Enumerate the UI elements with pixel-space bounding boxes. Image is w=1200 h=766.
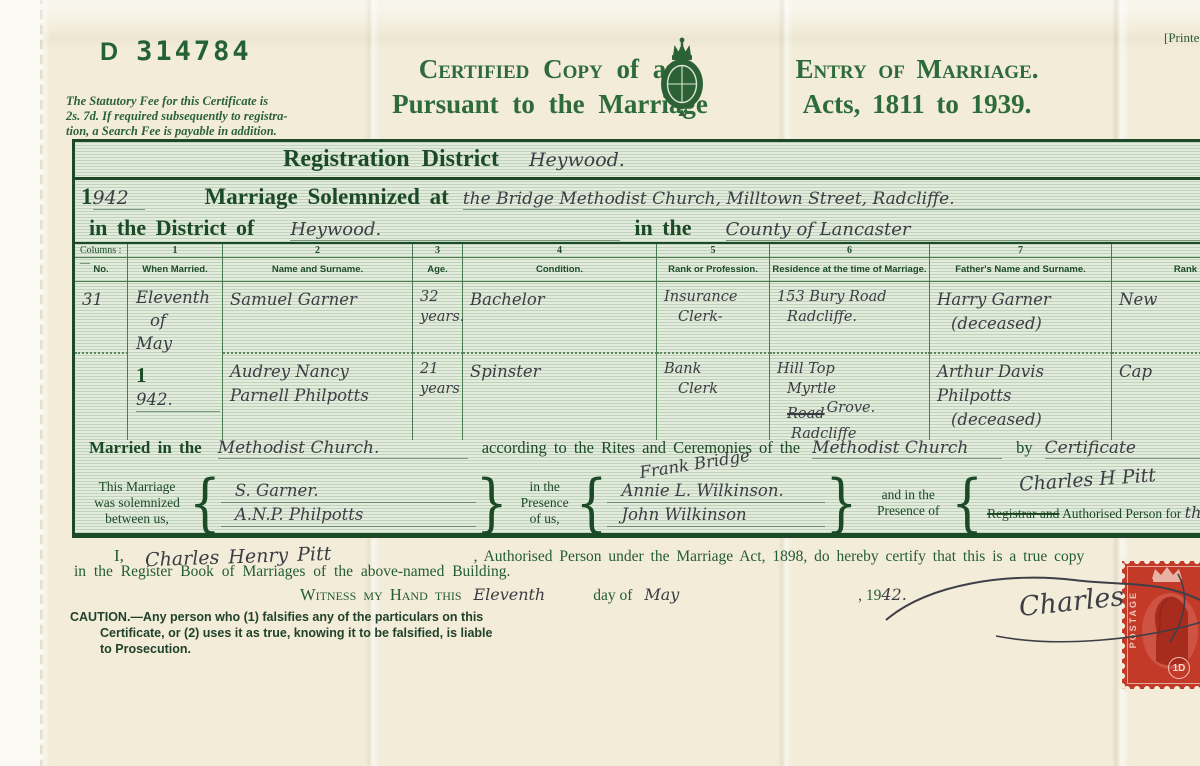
this-marriage-line1: This Marriage	[85, 479, 189, 495]
registrar-struck-text: Registrar and	[987, 506, 1059, 521]
groom-father-rank: New	[1119, 288, 1200, 312]
fee-note-line1: The Statutory Fee for this Certificate i…	[66, 94, 368, 109]
groom-age: 32	[420, 288, 457, 308]
groom-father-deceased: (deceased)	[937, 312, 1106, 336]
presence-of-us-label: in the Presence of us,	[514, 479, 576, 528]
cell-groom-name: Samuel Garner	[223, 282, 413, 354]
presence-line3: of us,	[514, 511, 576, 527]
header-age: Age.	[413, 258, 463, 282]
brace-close-1: }	[476, 466, 508, 541]
brace-open-3: {	[951, 466, 983, 541]
title-right-line2: Acts, 1811 to 1939.	[742, 87, 1092, 122]
bride-rank-line1: Bank	[664, 360, 764, 380]
when-married-year: 1942.	[136, 363, 220, 412]
bride-rank-line2: Clerk	[664, 380, 764, 400]
this-marriage-line2: was solemnized	[85, 495, 189, 511]
column-number-2: 2	[223, 244, 413, 258]
authorised-said-handwritten: the said	[1185, 503, 1200, 522]
when-married-line2: of	[136, 309, 220, 332]
bride-name-line2: Parnell Philpotts	[230, 384, 407, 408]
statutory-fee-note: The Statutory Fee for this Certificate i…	[66, 94, 368, 138]
bride-father-name: Arthur Davis Philpotts	[937, 360, 1106, 408]
title-certified-copy: Certified Copy	[419, 54, 603, 84]
bride-father-deceased: (deceased)	[937, 408, 1106, 432]
year-printed: 1	[81, 184, 93, 210]
header-rank-profession: Rank or Profession.	[657, 258, 770, 282]
printer-note: [Printe	[1164, 30, 1199, 46]
column-number-4: 4	[463, 244, 657, 258]
perforated-edge	[36, 0, 46, 766]
signature-section: This Marriage was solemnized between us,…	[75, 470, 1200, 536]
bride-condition: Spinster	[470, 360, 651, 384]
day-of-label: day of	[593, 587, 632, 604]
when-married-line3: May	[136, 332, 220, 355]
witness-day-handwritten: Eleventh	[473, 585, 581, 604]
groom-age-years: years.	[420, 308, 457, 328]
title-right: Entry of Marriage. Acts, 1811 to 1939.	[742, 52, 1092, 122]
caution-line3: to Prosecution.	[70, 641, 492, 657]
cell-groom-father-rank: New	[1112, 282, 1200, 354]
groom-residence-line1: 153 Bury Road	[777, 288, 924, 308]
witness-signature-john-wilkinson: John Wilkinson	[607, 503, 825, 527]
when-married-line1: Eleventh	[136, 286, 220, 309]
in-district-value: Heywood.	[290, 219, 620, 241]
signature-charles-text: Charles	[1017, 581, 1125, 623]
bride-father-rank: Cap	[1119, 360, 1200, 384]
groom-rank-line2: Clerk-	[664, 308, 764, 328]
authorised-person-line: Registrar and Authorised Person for the …	[987, 503, 1200, 522]
in-the-label: in the	[634, 215, 691, 241]
brace-close-2: }	[825, 466, 857, 541]
bride-residence-road-struck: Road	[787, 406, 825, 422]
column-number-7: 7	[930, 244, 1112, 258]
cell-when-married: Eleventh of May 1942.	[128, 282, 223, 440]
fee-note-line2: 2s. 7d. If required subsequently to regi…	[66, 109, 368, 124]
couple-signatures: S. Garner. A.N.P. Philpotts	[221, 479, 476, 527]
and-presence-label: and in the Presence of	[865, 487, 951, 519]
in-district-label: in the District of	[89, 215, 254, 241]
cell-bride-father: Arthur Davis Philpotts(deceased)	[930, 354, 1112, 440]
cell-entry-no: 31	[75, 282, 128, 354]
cell-bride-residence: Hill Top Myrtle RoadGrove. Radcliffe	[770, 354, 930, 440]
stamp-denomination: 1D	[1168, 657, 1190, 679]
header-name-surname: Name and Surname.	[223, 258, 413, 282]
column-number-1: 1	[128, 244, 223, 258]
witness-hand-line: Witness my Hand this Eleventh day of May…	[300, 585, 907, 605]
brace-open-1: {	[189, 466, 221, 541]
fee-note-line3: tion, a Search Fee is payable in additio…	[66, 124, 368, 139]
cell-bride-age: 21years	[413, 354, 463, 440]
bride-age-years: years	[420, 380, 457, 400]
registration-district-row: Registration District Heywood.	[75, 142, 1200, 180]
by-value: Certificate	[1045, 438, 1200, 459]
caution-line1: CAUTION.—Any person who (1) falsifies an…	[70, 609, 492, 625]
married-in-value: Methodist Church.	[218, 438, 468, 459]
when-year-handwritten: 942.	[136, 388, 220, 412]
bride-signature: A.N.P. Philpotts	[221, 503, 476, 527]
signature-flourish: Charles	[878, 558, 1200, 658]
bride-name-line1: Audrey Nancy	[230, 360, 407, 384]
married-in-label: Married in the	[89, 438, 202, 458]
column-number-6: 6	[770, 244, 930, 258]
authorised-person-content: Charles H Pitt Registrar and Authorised …	[983, 473, 1200, 533]
year-handwritten: 942	[93, 187, 145, 210]
authorised-person-group: and in the Presence of { Charles H Pitt …	[865, 473, 1200, 533]
bride-residence-line1: Hill Top	[777, 360, 924, 380]
column-number-3: 3	[413, 244, 463, 258]
when-year-printed: 1	[136, 363, 147, 387]
serial-number: D314784	[100, 36, 252, 67]
header-when-married: When Married.	[128, 258, 223, 282]
groom-residence-line2: Radcliffe.	[777, 308, 924, 328]
marriage-solemnized-value: the Bridge Methodist Church, Milltown St…	[463, 189, 1200, 210]
royal-crest-icon	[650, 34, 714, 123]
cell-bride-rank: BankClerk	[657, 354, 770, 440]
presence-line2: Presence	[514, 495, 576, 511]
serial-digits: 314784	[136, 36, 252, 67]
header-no: No.	[75, 258, 128, 282]
register-book-line: in the Register Book of Marriages of the…	[74, 563, 510, 581]
this-marriage-line3: between us,	[85, 511, 189, 527]
registration-district-label: Registration District	[283, 146, 499, 173]
cell-groom-father: Harry Garner(deceased)	[930, 282, 1112, 354]
columns-label: Columns :—	[75, 244, 128, 258]
this-marriage-label: This Marriage was solemnized between us,	[85, 479, 189, 528]
header-condition: Condition.	[463, 258, 657, 282]
header-residence: Residence at the time of Marriage.	[770, 258, 930, 282]
caution-line2: Certificate, or (2) uses it as true, kno…	[70, 625, 492, 641]
couple-signature-group: This Marriage was solemnized between us,…	[85, 473, 508, 533]
bride-residence-myrtle: Myrtle	[787, 381, 836, 397]
by-label: by	[1016, 438, 1033, 458]
header-father-rank: Rank or	[1112, 258, 1200, 282]
witness-signatures: Frank Bridge Annie L. Wilkinson. John Wi…	[607, 479, 825, 527]
county-value: County of Lancaster	[726, 219, 1200, 241]
title-right-line1: Entry of Marriage.	[742, 52, 1092, 87]
marriage-solemnized-label: Marriage Solemnized at	[205, 184, 449, 210]
groom-condition: Bachelor	[470, 288, 651, 312]
presence-line1: in the	[514, 479, 576, 495]
column-number-8	[1112, 244, 1200, 258]
witness-month-handwritten: May	[644, 585, 724, 604]
and-presence-line1: and in the	[865, 487, 951, 503]
cell-bride-condition: Spinster	[463, 354, 657, 440]
authorised-person-label: Authorised Person for	[1062, 506, 1181, 521]
cell-entry-no-2	[75, 354, 128, 440]
groom-name: Samuel Garner	[230, 288, 407, 312]
brace-open-2: {	[576, 466, 608, 541]
cell-bride-father-rank: Cap	[1112, 354, 1200, 440]
authorised-person-signature: Charles H Pitt	[1018, 464, 1156, 496]
caution-note: CAUTION.—Any person who (1) falsifies an…	[70, 609, 492, 657]
and-presence-line2: Presence of	[865, 503, 951, 519]
district-county-row: in the District of Heywood. in the Count…	[75, 215, 1200, 242]
witness-my-hand-label: Witness my Hand this	[300, 585, 462, 604]
entry-no-value: 31	[82, 288, 122, 312]
marriage-table: Columns :— 1 2 3 4 5 6 7 No. When Marrie…	[75, 242, 1200, 440]
cell-groom-condition: Bachelor	[463, 282, 657, 354]
groom-signature: S. Garner.	[221, 479, 476, 503]
cell-bride-name: Audrey NancyParnell Philpotts	[223, 354, 413, 440]
column-number-5: 5	[657, 244, 770, 258]
cell-groom-rank: InsuranceClerk-	[657, 282, 770, 354]
bride-residence-grove: Grove.	[827, 400, 876, 416]
stamp-perforation-bottom	[1122, 685, 1200, 693]
bride-age: 21	[420, 360, 457, 380]
cell-groom-age: 32years.	[413, 282, 463, 354]
bride-residence-line2: Myrtle RoadGrove.	[777, 380, 924, 425]
header-father-name: Father's Name and Surname.	[930, 258, 1112, 282]
marriage-solemnized-row: 1 942 Marriage Solemnized at the Bridge …	[75, 184, 1200, 214]
groom-father-name: Harry Garner	[937, 288, 1106, 312]
witness-signature-group: in the Presence of us, { Frank Bridge An…	[514, 473, 858, 533]
cell-groom-residence: 153 Bury RoadRadcliffe.	[770, 282, 930, 354]
groom-rank-line1: Insurance	[664, 288, 764, 308]
serial-prefix: D	[100, 38, 118, 66]
registration-district-value: Heywood.	[529, 149, 625, 171]
certificate-body: Registration District Heywood. 1 942 Mar…	[72, 139, 1200, 538]
rites-value: Methodist Church	[812, 438, 1002, 459]
